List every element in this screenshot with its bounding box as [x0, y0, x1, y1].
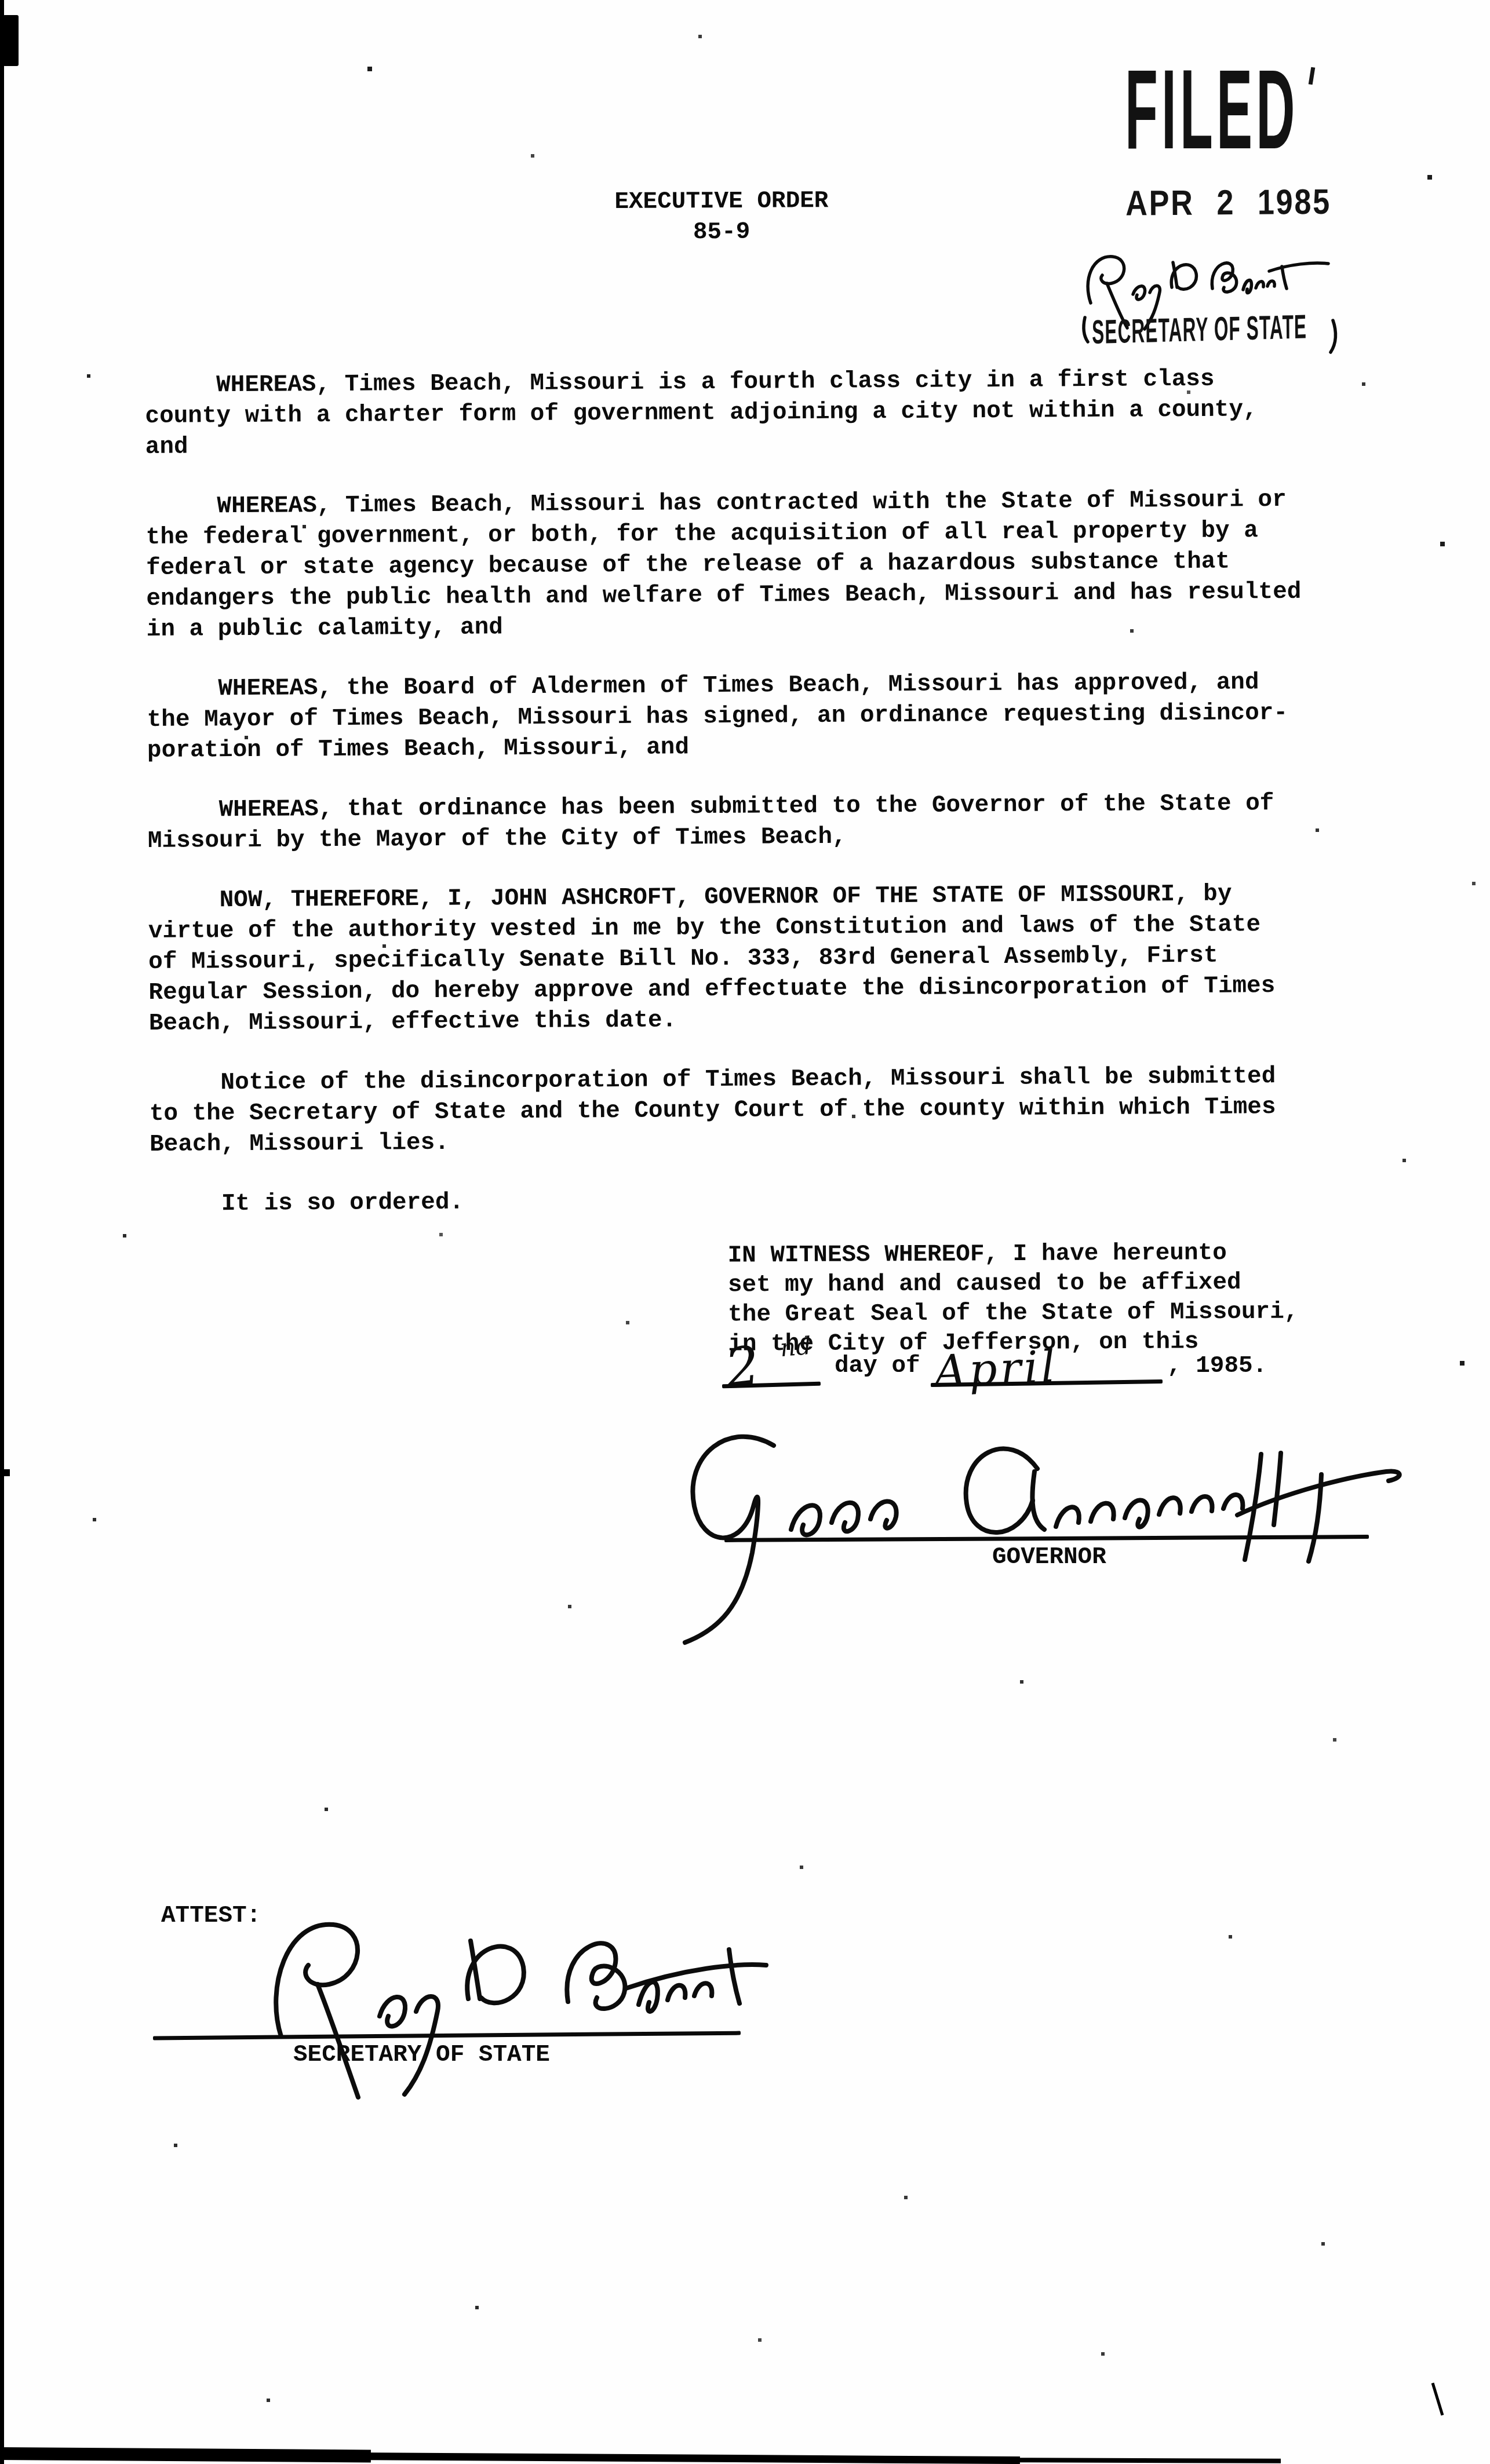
filed-stamp-tick	[1309, 67, 1316, 85]
handwritten-day-number: 2	[722, 1334, 763, 1400]
title-block: EXECUTIVE ORDER 85-9	[603, 186, 841, 249]
scan-edge-left	[0, 0, 4, 2464]
day-of-label: day of	[835, 1351, 920, 1382]
governor-signature	[655, 1414, 1408, 1645]
scan-blob-top-left	[3, 15, 19, 66]
secretary-of-state-stamp: SECRETARY OF STATE	[1092, 310, 1307, 349]
filed-date-stamp: APR 2 1985	[1125, 182, 1331, 223]
paragraph-whereas-3: WHEREAS, the Board of Aldermen of Times …	[147, 667, 1370, 766]
governor-title: GOVERNOR	[992, 1542, 1106, 1573]
year-text: , 1985.	[1167, 1351, 1267, 1382]
executive-order-page: EXECUTIVE ORDER 85-9 FILED APR 2 1985 Ro…	[0, 0, 1490, 2464]
scan-mark-left	[0, 1469, 10, 1476]
paragraph-whereas-2: WHEREAS, Times Beach, Missouri has contr…	[145, 484, 1369, 645]
attest-label: ATTEST:	[161, 1901, 261, 1932]
scan-stroke-bottom-right	[1431, 2383, 1444, 2416]
paragraph-now-therefore: NOW, THEREFORE, I, JOHN ASHCROFT, GOVERN…	[148, 878, 1372, 1039]
order-body: WHEREAS, Times Beach, Missouri is a four…	[145, 363, 1373, 1249]
scan-edge-bottom-2	[348, 2452, 1020, 2464]
paragraph-whereas-4: WHEREAS, that ordinance has been submitt…	[147, 788, 1371, 857]
secretary-signature	[255, 1906, 777, 2100]
witness-clause: IN WITNESS WHEREOF, I have hereunto set …	[727, 1238, 1298, 1359]
paragraph-notice: Notice of the disincorporation of Times …	[149, 1061, 1372, 1160]
scan-edge-bottom-1	[0, 2447, 371, 2462]
paragraph-whereas-1: WHEREAS, Times Beach, Missouri is a four…	[145, 363, 1368, 463]
order-number: 85-9	[603, 217, 840, 249]
scan-noise	[0, 0, 1, 1]
filed-stamp: FILED	[1125, 53, 1299, 166]
secretary-title: SECRETARY OF STATE	[293, 2040, 550, 2071]
handwritten-day-suffix: nd	[779, 1331, 813, 1363]
order-title: EXECUTIVE ORDER	[603, 186, 840, 218]
paragraph-so-ordered: It is so ordered.	[150, 1182, 1373, 1220]
handwritten-month: April	[933, 1340, 1059, 1397]
scan-edge-bottom-3	[1008, 2458, 1281, 2463]
